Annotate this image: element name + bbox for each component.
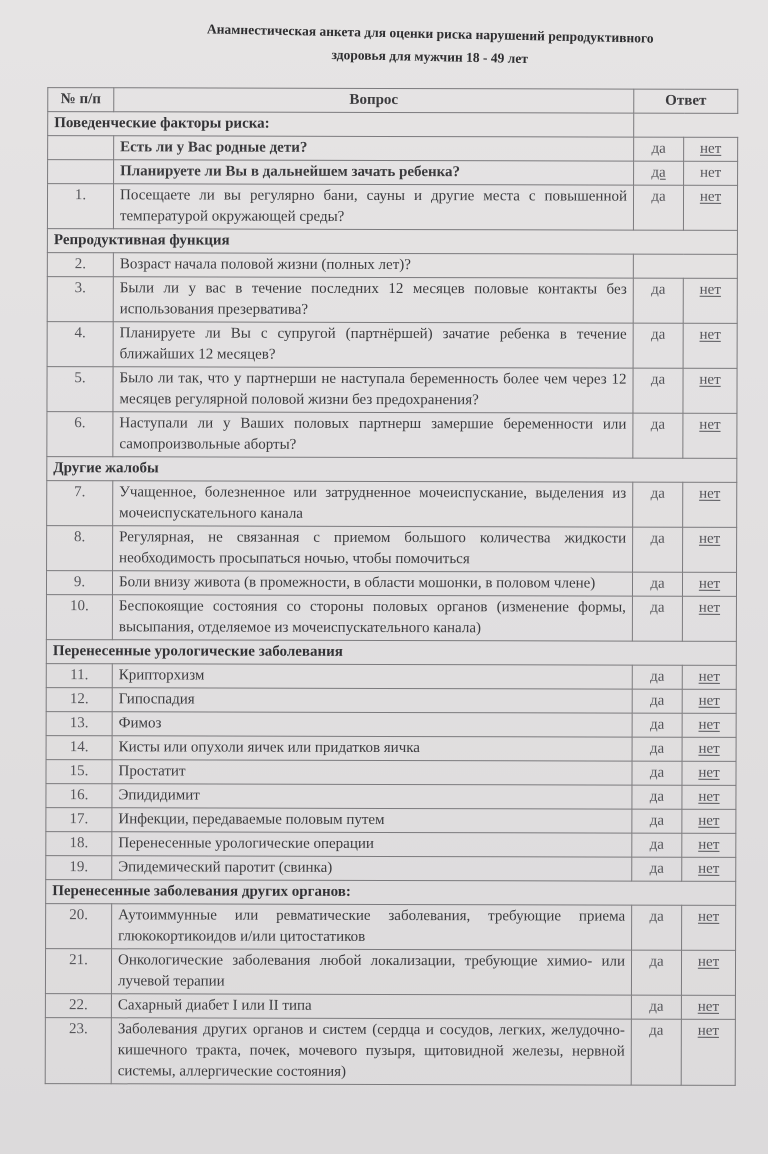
question-row: 5.Было ли так, что у партнерши не наступ… [47,367,737,414]
question-row: 19.Эпидемический паротит (свинка)данет [46,856,736,882]
answer-yes[interactable]: да [632,713,682,737]
question-text: Заболевания других органов и систем (сер… [111,1018,631,1085]
question-number: 22. [45,994,111,1018]
question-number: 1. [47,184,113,229]
question-row: 23.Заболевания других органов и систем (… [45,1018,735,1086]
question-text: Инфекции, передаваемые половым путем [112,808,632,833]
question-number: 14. [46,736,112,760]
answer-yes[interactable]: да [633,413,683,458]
question-text: Беспокоящие состояния со стороны половых… [112,595,632,641]
answer-yes[interactable]: да [632,737,682,761]
question-row: 15.Простатитданет [46,760,736,786]
answer-no[interactable]: нет [682,905,736,950]
question-number: 5. [47,367,113,412]
answer-no[interactable]: нет [683,368,737,413]
answer-no[interactable]: нет [682,665,736,689]
answer-yes[interactable]: да [631,950,681,995]
answer-no[interactable]: нет [682,596,736,641]
answer-no[interactable]: нет [682,572,736,596]
answer-no[interactable]: нет [683,323,737,368]
question-row: 1.Посещаете ли вы регулярно бани, сауны … [47,184,737,231]
question-row: 16.Эпидидимитданет [46,784,736,810]
question-text: Онкологические заболевания любой локализ… [111,949,631,995]
section-title: Перенесенные заболевания других органов: [46,880,736,906]
section-row: Репродуктивная функция [47,229,737,255]
answer-yes[interactable]: да [632,857,682,881]
answer-no[interactable]: нет [681,995,735,1019]
question-number: 3. [47,277,113,322]
answer-yes[interactable]: да [632,905,682,950]
question-row: 8.Регулярная, не связанная с приемом бол… [47,526,737,573]
section-row: Другие жалобы [47,457,737,483]
question-number: 17. [46,808,112,832]
question-number: 16. [46,784,112,808]
question-row: 17.Инфекции, передаваемые половым путемд… [46,808,736,834]
question-text: Простатит [112,760,632,785]
answer-yes[interactable]: да [632,572,682,596]
question-row: 11.Крипторхизмданет [46,664,736,690]
question-text: Учащенное, болезненное или затрудненное … [113,481,633,527]
question-text: Возраст начала половой жизни (полных лет… [113,253,633,278]
question-number: 18. [46,832,112,856]
answer-yes[interactable]: да [633,323,683,368]
question-number: 7. [47,481,113,526]
answer-yes[interactable]: да [633,482,683,527]
question-text: Фимоз [112,712,632,737]
question-text: Крипторхизм [112,664,632,689]
question-text: Регулярная, не связанная с приемом больш… [113,526,633,572]
question-row: 2.Возраст начала половой жизни (полных л… [47,253,737,279]
answer-no[interactable]: нет [682,833,736,857]
question-row: 6.Наступали ли у Ваших половых партнерш … [47,412,737,459]
questionnaire-sheet: № п/п Вопрос Ответ Поведенческие факторы… [45,87,738,1086]
question-number: 8. [47,526,113,571]
question-text: Планируете ли Вы с супругой (партнёршей)… [113,322,633,368]
answer-yes[interactable]: да [632,785,682,809]
question-text: Было ли так, что у партнерши не наступал… [113,367,633,413]
question-number: 20. [46,904,112,949]
question-text: Были ли у вас в течение последних 12 мес… [113,277,633,323]
question-text: Боли внизу живота (в промежности, в обла… [112,571,632,596]
answer-no[interactable]: нет [682,809,736,833]
question-row: 18.Перенесенные урологические операциида… [46,832,736,858]
question-row: 22.Сахарный диабет I или II типаданет [45,994,735,1020]
question-text: Аутоиммунные или ревматические заболеван… [112,904,632,950]
answer-no[interactable]: нет [683,527,737,572]
question-row: 12.Гипоспадияданет [46,688,736,714]
answer-yes[interactable]: да [632,665,682,689]
answer-yes[interactable]: да [632,596,682,641]
answer-no[interactable]: нет [682,689,736,713]
question-text: Сахарный диабет I или II типа [111,994,631,1019]
question-text: Наступали ли у Ваших половых партнерш за… [113,412,633,458]
question-row: 7.Учащенное, болезненное или затрудненно… [47,481,737,528]
answer-no[interactable]: нет [683,278,737,323]
answer-no[interactable]: нет [682,713,736,737]
question-number: 4. [47,322,113,367]
question-text: Кисты или опухоли яичек или придатков яи… [112,736,632,761]
section-title: Перенесенные урологические заболевания [46,640,736,666]
section-row: Перенесенные заболевания других органов: [46,880,736,906]
question-text: Эпидемический паротит (свинка) [112,856,632,881]
answer-no[interactable]: нет [682,737,736,761]
question-number: 12. [46,688,112,712]
question-number: 15. [46,760,112,784]
question-number: 23. [45,1018,111,1084]
question-row: 14.Кисты или опухоли яичек или придатков… [46,736,736,762]
question-row: Планируете ли Вы в дальнейшем зачать реб… [48,160,738,186]
answer-yes[interactable]: да [632,809,682,833]
question-row: 21.Онкологические заболевания любой лока… [45,949,735,996]
question-number [48,160,114,184]
question-row: 20.Аутоиммунные или ревматические заболе… [46,904,736,951]
section-title: Репродуктивная функция [47,229,737,255]
question-text: Есть ли у Вас родные дети? [114,136,634,161]
answer-no[interactable]: нет [681,950,735,995]
answer-yes[interactable]: да [632,833,682,857]
answer-yes[interactable]: да [634,161,684,185]
question-number: 2. [47,253,113,277]
answer-no[interactable]: нет [683,185,737,230]
header-num: № п/п [48,88,114,112]
document-title: Анамнестическая анкета для оценки риска … [120,16,741,75]
answer-yes[interactable]: да [631,1019,681,1085]
section-row: Перенесенные урологические заболевания [46,640,736,666]
answer-yes[interactable]: да [631,995,681,1019]
question-row: Есть ли у Вас родные дети?данет [48,136,738,162]
question-row: 9.Боли внизу живота (в промежности, в об… [46,571,736,597]
answer-yes[interactable]: да [634,137,684,161]
question-row: 10.Беспокоящие состояния со стороны поло… [46,595,736,642]
answer-no[interactable]: нет [682,857,736,881]
answer-no[interactable]: нет [684,137,738,161]
question-row: 3.Были ли у вас в течение последних 12 м… [47,277,737,324]
answer-yes[interactable]: да [633,368,683,413]
question-number: 6. [47,412,113,457]
question-number: 10. [46,595,112,640]
header-answer: Ответ [634,89,738,113]
question-number: 21. [45,949,111,994]
section-title: Другие жалобы [47,457,737,483]
table-header-row: № п/п Вопрос Ответ [48,88,738,114]
question-number: 13. [46,712,112,736]
answer-no[interactable]: нет [682,785,736,809]
question-row: 13.Фимозданет [46,712,736,738]
question-number [48,136,114,160]
table-body: Поведенческие факторы риска:Есть ли у Ва… [45,112,738,1086]
question-number: 11. [46,664,112,688]
section-row: Поведенческие факторы риска: [48,112,738,138]
question-row: 4.Планируете ли Вы с супругой (партнёрше… [47,322,737,369]
answer-yes[interactable]: да [633,527,683,572]
answer-no[interactable]: нет [681,1019,735,1085]
answer-field[interactable] [633,254,737,278]
answer-yes[interactable]: да [633,278,683,323]
answer-yes[interactable]: да [632,761,682,785]
answer-no[interactable]: нет [683,482,737,527]
question-number: 19. [46,856,112,880]
questionnaire-table: № п/п Вопрос Ответ Поведенческие факторы… [45,87,739,1086]
answer-no[interactable]: нет [683,413,737,458]
answer-yes[interactable]: да [632,689,682,713]
question-text: Перенесенные урологические операции [112,832,632,857]
answer-no[interactable]: нет [684,161,738,185]
question-text: Гипоспадия [112,688,632,713]
question-number: 9. [46,571,112,595]
question-text: Посещаете ли вы регулярно бани, сауны и … [113,184,633,230]
header-question: Вопрос [114,88,634,113]
answer-yes[interactable]: да [633,185,683,230]
question-text: Планируете ли Вы в дальнейшем зачать реб… [114,160,634,185]
question-text: Эпидидимит [112,784,632,809]
section-title: Поведенческие факторы риска: [48,112,634,138]
answer-no[interactable]: нет [682,761,736,785]
